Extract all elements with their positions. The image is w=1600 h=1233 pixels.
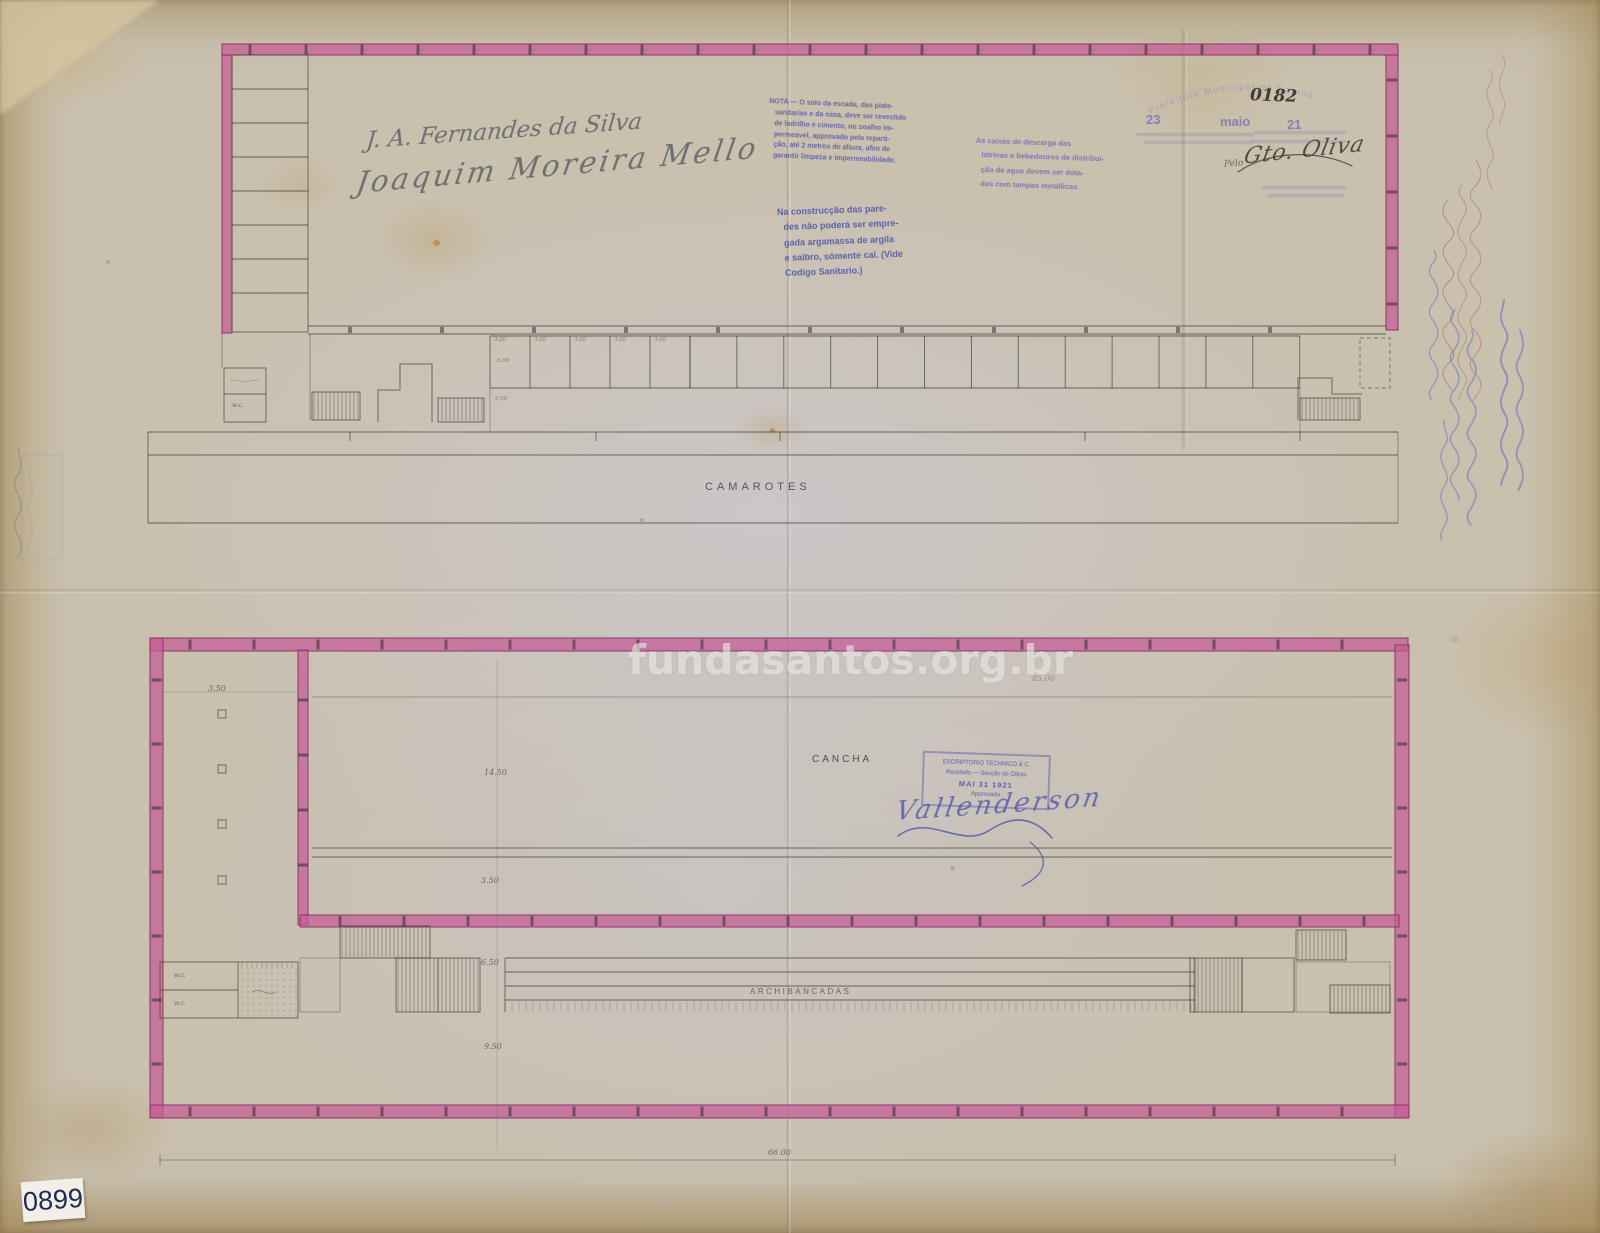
upper-plan-title: CAMAROTES (705, 481, 811, 493)
archive-number: 0899 (22, 1182, 84, 1217)
archive-watermark: fundasantos.org.br (628, 636, 1073, 684)
construccao-rubber-stamp: Na construcção das pare- des não poderá … (777, 201, 904, 282)
faint-stamp-text (1136, 133, 1254, 136)
stall-dim: 3.00 (534, 337, 546, 343)
faint-stamp-text (1144, 141, 1252, 144)
margin-annotations (15, 55, 1523, 886)
lower-plan-cancha (150, 638, 1409, 1166)
wc-room-label: w.c. (174, 972, 186, 979)
date-stamp-month: maio (1220, 114, 1251, 130)
wc-room-label: w.c. (174, 1000, 186, 1007)
date-stamp-year: 21 (1287, 117, 1302, 132)
dim-label: 3.50 (481, 876, 499, 885)
nota-rubber-stamp: NOTA — O solo da escada, das plate- sani… (767, 97, 907, 168)
dim-label: 6.50 (481, 958, 499, 967)
dim-label: 9.50 (484, 1042, 502, 1051)
signature-prefix: Pelo (1224, 159, 1244, 170)
scanned-blueprint-page: Prefeitura Municipal de Santos J. A. Fer… (0, 0, 1600, 1233)
stall-dim: 3.00 (614, 337, 626, 343)
stall-dim: 3.00 (654, 337, 666, 343)
faint-stamp-text (1262, 186, 1346, 189)
faint-stamp-text (1268, 194, 1344, 197)
archive-number-sticker: 0899 (21, 1178, 86, 1222)
dim-label: 14.50 (484, 768, 507, 777)
date-stamp-day: 23 (1146, 112, 1161, 127)
caixas-rubber-stamp: As caixas de descarga das latrinas e beb… (974, 134, 1105, 195)
hall-label: CANCHA (812, 754, 872, 765)
dim-label: 3.50 (208, 684, 226, 693)
plan-linework: Prefeitura Municipal de Santos (0, 0, 1600, 1233)
dim-label: 2.00 (495, 396, 507, 402)
stall-dim: 3.00 (494, 337, 506, 343)
protocol-number: 0182 (1250, 85, 1298, 107)
dim-label: 5.00 (497, 358, 509, 364)
stands-label: ARCHIBANCADAS (750, 987, 851, 996)
stall-dim: 3.00 (574, 337, 586, 343)
dim-label: 66.00 (768, 1148, 791, 1157)
wc-room-label: w.c. (232, 402, 244, 409)
